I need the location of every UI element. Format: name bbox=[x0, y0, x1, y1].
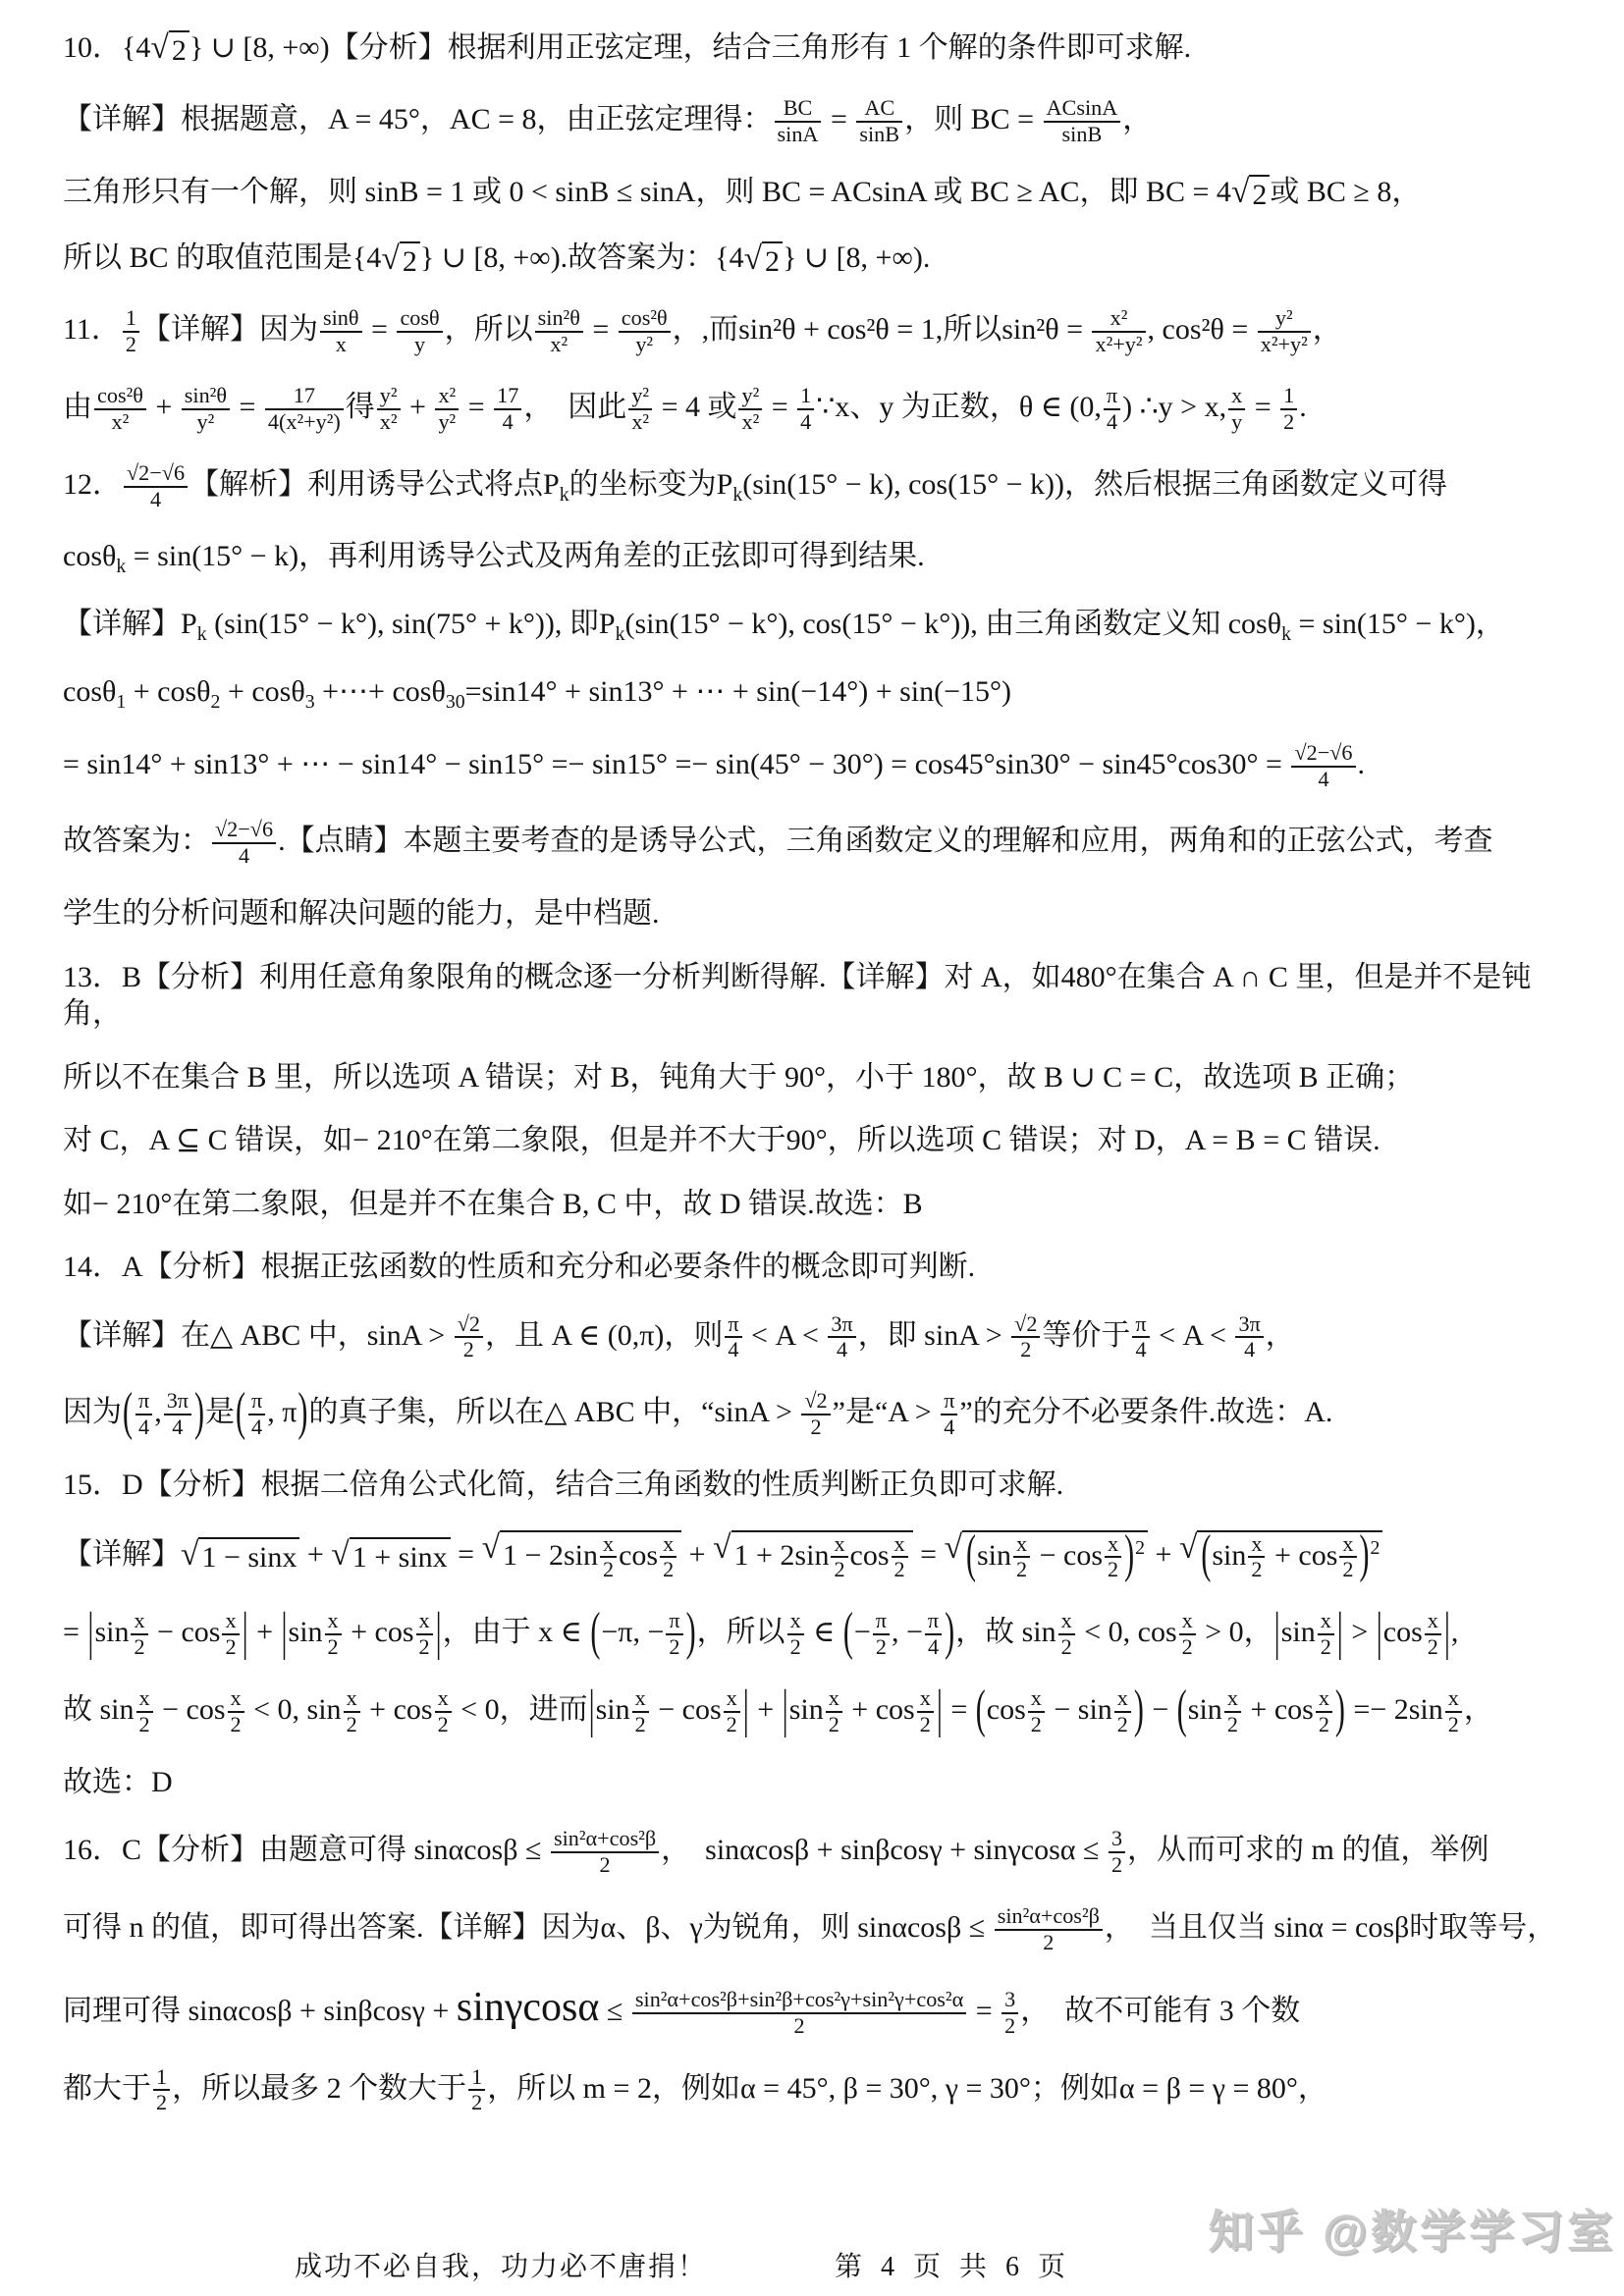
math-token: − sin bbox=[1047, 1693, 1112, 1726]
math-token: − bbox=[1145, 1693, 1176, 1726]
math-token: x2 bbox=[722, 1686, 742, 1737]
math-token: x2 bbox=[1316, 1609, 1336, 1660]
math-token: k bbox=[616, 623, 625, 645]
math-token: √1 + sinx bbox=[331, 1537, 450, 1576]
math-token: x2 bbox=[1056, 1609, 1077, 1660]
math-token: x2 bbox=[1337, 1532, 1358, 1583]
math-token: 2 bbox=[403, 245, 417, 278]
math-token: √2 bbox=[1231, 175, 1270, 214]
solution-line: 所以不在集合 B 里，所以选项 A 错误；对 B，钝角大于 90°，小于 180… bbox=[63, 1059, 1567, 1096]
math-token: √1 + 2sinx2cosx2 bbox=[713, 1530, 913, 1583]
math-token: } ∪ [8, +∞).故答案为：{4 bbox=[420, 241, 744, 274]
math-token: sin bbox=[1188, 1693, 1222, 1726]
math-token: x2 bbox=[1011, 1532, 1032, 1583]
math-token: ) bbox=[1359, 1522, 1371, 1588]
math-token: π4 bbox=[923, 1609, 944, 1660]
math-token: ，所以 m = 2，例如α = 45°, β = 30°, γ = 30°；例如… bbox=[487, 2071, 1327, 2104]
math-token: | bbox=[936, 1677, 944, 1743]
math-token: sin bbox=[789, 1693, 824, 1726]
math-token: ， 故不可能有 3 个数 bbox=[1020, 1995, 1300, 2027]
math-token: ∵x、y 为正数，θ ∈ (0, bbox=[816, 391, 1102, 423]
solution-line: 由cos²θx² + sin²θy² = 174(x²+y²)得y²x² + x… bbox=[63, 384, 1567, 435]
math-token: sin²α+cos²β+sin²β+cos²γ+sin²γ+cos²α2 bbox=[630, 1988, 968, 2039]
math-token: =− 2sin bbox=[1346, 1693, 1443, 1726]
math-token: 或 BC ≥ 8， bbox=[1270, 176, 1421, 208]
math-token: 故选：D bbox=[63, 1766, 173, 1798]
math-token: | bbox=[86, 1599, 94, 1666]
math-token: .【点睛】本题主要考查的是诱导公式，三角函数定义的理解和应用，两角和的正弦公式，… bbox=[278, 825, 1493, 857]
math-token: 1 + sinx bbox=[352, 1541, 448, 1574]
math-token: x2 bbox=[1177, 1609, 1198, 1660]
math-token: 3π4 bbox=[826, 1312, 857, 1363]
math-token: | bbox=[1443, 1599, 1451, 1666]
math-token: sinθx bbox=[318, 306, 364, 357]
math-token: x2 bbox=[129, 1609, 149, 1660]
math-token: | bbox=[588, 1677, 596, 1743]
math-token: ，从而可求的 m 的值，举例 bbox=[1127, 1834, 1489, 1866]
math-token: sin bbox=[1281, 1616, 1316, 1648]
math-token: √(sinx2 − cosx2)2 bbox=[945, 1530, 1148, 1583]
math-token: ) bbox=[1133, 1677, 1145, 1743]
math-token: ) bbox=[685, 1599, 697, 1666]
math-token: (sin(15° − k°), cos(15° − k°)), 由三角函数定义知… bbox=[624, 608, 1281, 640]
math-token: ， bbox=[1464, 1693, 1493, 1726]
math-token: 3π4 bbox=[162, 1389, 193, 1440]
math-token: } ∪ [8, +∞). bbox=[783, 241, 930, 274]
math-token: 2 bbox=[172, 34, 187, 67]
solution-line: 故 sinx2 − cosx2 < 0, sinx2 + cosx2 < 0，进… bbox=[63, 1686, 1567, 1737]
math-token: + bbox=[249, 1616, 281, 1648]
solution-line: 因为(π4,3π4)是(π4, π)的真子集，所以在△ ABC 中，“sinA … bbox=[63, 1389, 1567, 1440]
math-token: − bbox=[854, 1616, 871, 1648]
math-token: = bbox=[1247, 391, 1278, 423]
math-token: + bbox=[403, 391, 434, 423]
math-token: = bbox=[364, 313, 396, 346]
math-token: + bbox=[681, 1537, 713, 1570]
math-token: − cos bbox=[1032, 1538, 1103, 1571]
math-token: 由 bbox=[63, 391, 92, 423]
math-token: ACsinAsinB bbox=[1042, 96, 1123, 147]
math-token: ， sinαcosβ + sinβcosγ + sinγcosα ≤ bbox=[661, 1834, 1107, 1866]
math-token: , cos²θ = bbox=[1148, 313, 1256, 346]
math-token: x2 bbox=[598, 1532, 619, 1583]
solution-line: 【详解】根据题意，A = 45°，AC = 8，由正弦定理得：BCsinA = … bbox=[63, 96, 1567, 147]
math-token: − cos bbox=[155, 1693, 226, 1726]
math-token: x2 bbox=[829, 1532, 849, 1583]
math-token: ，即 sinA > bbox=[858, 1318, 1009, 1351]
solution-line: 14．A【分析】根据正弦函数的性质和充分和必要条件的概念即可判断. bbox=[63, 1249, 1567, 1286]
math-token: 11． bbox=[63, 313, 121, 346]
math-token: sin bbox=[977, 1538, 1011, 1571]
math-token: x2 bbox=[1103, 1532, 1123, 1583]
math-token: = bbox=[764, 391, 795, 423]
math-token: | bbox=[1376, 1599, 1383, 1666]
math-token: cos bbox=[850, 1538, 890, 1571]
math-token: (sin(15° − k), cos(15° − k))，然后根据三角函数定义可… bbox=[742, 467, 1447, 500]
solution-line: 同理可得 sinαcosβ + sinβcosγ + sinγcosα ≤ si… bbox=[63, 1982, 1567, 2039]
math-token: ，所以 bbox=[697, 1616, 785, 1648]
math-token: 10．{4 bbox=[63, 31, 150, 64]
math-token: cos²θx² bbox=[92, 384, 148, 435]
math-token: π4 bbox=[723, 1312, 743, 1363]
math-token: 12 bbox=[121, 306, 141, 357]
math-token: 174 bbox=[492, 384, 523, 435]
math-token: sinγcosα bbox=[457, 1985, 600, 2030]
math-token: π4 bbox=[246, 1389, 267, 1440]
math-token: 1 + 2sin bbox=[734, 1538, 830, 1571]
math-token: cos²θy² bbox=[617, 306, 673, 357]
math-token: . bbox=[1358, 747, 1366, 779]
math-token: 得 bbox=[346, 391, 375, 423]
math-token: 2 bbox=[765, 245, 780, 278]
math-token: ”是“A > bbox=[833, 1396, 940, 1428]
math-token: | bbox=[281, 1599, 289, 1666]
math-token: , bbox=[154, 1396, 162, 1428]
math-token: sin²α+cos²β2 bbox=[549, 1827, 661, 1878]
math-token: k bbox=[560, 483, 569, 505]
math-token: 【详解】因为 bbox=[141, 313, 318, 346]
math-token: − cos bbox=[150, 1616, 221, 1648]
math-token: ) bbox=[1334, 1677, 1346, 1743]
math-token: = bbox=[968, 1995, 1000, 2027]
math-token: | bbox=[435, 1599, 443, 1666]
math-token: 12． bbox=[63, 467, 122, 500]
math-token: √1 − 2sinx2cosx2 bbox=[482, 1530, 682, 1583]
math-token: 14 bbox=[795, 384, 816, 435]
math-token: − cos bbox=[651, 1693, 722, 1726]
math-token: < A < bbox=[1152, 1318, 1234, 1351]
math-token: + cos bbox=[844, 1693, 915, 1726]
math-token: < 0，进而 bbox=[454, 1693, 588, 1726]
math-token: π4 bbox=[134, 1389, 154, 1440]
math-token: 12 bbox=[1278, 384, 1299, 435]
math-token: = bbox=[823, 103, 854, 135]
math-token: √22 bbox=[1009, 1312, 1042, 1363]
solution-line: 所以 BC 的取值范围是{4√2} ∪ [8, +∞).故答案为：{4√2} ∪… bbox=[63, 240, 1567, 280]
math-token: } ∪ [8, +∞)【分析】根据利用正弦定理，结合三角形有 1 个解的条件即可… bbox=[189, 31, 1191, 64]
math-token: √(sinx2 + cosx2)2 bbox=[1179, 1530, 1382, 1583]
math-token: ) bbox=[944, 1599, 955, 1666]
math-token: √22 bbox=[799, 1389, 832, 1440]
math-token: < A < bbox=[744, 1318, 827, 1351]
math-token: x2 bbox=[658, 1532, 678, 1583]
math-token: 【详解】P bbox=[63, 608, 197, 640]
math-token: 14．A【分析】根据正弦函数的性质和充分和必要条件的概念即可判断. bbox=[63, 1251, 975, 1283]
math-token: 1 bbox=[116, 691, 126, 713]
math-token: + bbox=[750, 1693, 782, 1726]
solution-line: 11．12【详解】因为sinθx = cosθy，所以sin²θx² = cos… bbox=[63, 306, 1567, 357]
math-token: = bbox=[585, 313, 617, 346]
math-token: y²x² bbox=[736, 384, 764, 435]
solution-line: cosθ1 + cosθ2 + cosθ3 +⋯+ cosθ30=sin14° … bbox=[63, 673, 1567, 715]
math-token: = bbox=[460, 391, 492, 423]
math-token: > 0， bbox=[1198, 1616, 1273, 1648]
math-token: (sin(15° − k°), sin(75° + k°)), 即P bbox=[207, 608, 616, 640]
math-token: √2 bbox=[381, 241, 419, 281]
math-token: ∈ bbox=[806, 1616, 842, 1648]
watermark: 知乎 @数学学习室 bbox=[1208, 2196, 1616, 2261]
math-token: x2 bbox=[1423, 1609, 1443, 1660]
math-token: √1 − sinx bbox=[181, 1537, 299, 1576]
solution-line: 【详解】√1 − sinx + √1 + sinx = √1 − 2sinx2c… bbox=[63, 1530, 1567, 1583]
math-token: 13．B【分析】利用任意角象限角的概念逐一分析判断得解.【详解】对 A，如480… bbox=[63, 961, 1531, 1031]
math-token: ≤ bbox=[599, 1995, 629, 2027]
math-token: = bbox=[63, 1616, 86, 1648]
math-token: ( bbox=[1176, 1677, 1188, 1743]
math-token: x2 bbox=[1246, 1532, 1267, 1583]
math-token: 是 bbox=[205, 1396, 235, 1428]
math-token: √2−√64 bbox=[122, 461, 189, 512]
math-token: ，,而sin²θ + cos²θ = 1,所以sin²θ = bbox=[673, 313, 1091, 346]
math-token: + cosθ bbox=[220, 675, 304, 708]
math-token: 对 C，A ⊆ C 错误，如− 210°在第二象限，但是并不大于90°，所以选项… bbox=[63, 1124, 1380, 1156]
math-token: x2 bbox=[1222, 1686, 1243, 1737]
math-token: | bbox=[782, 1677, 789, 1743]
math-token: cos bbox=[987, 1693, 1026, 1726]
solution-document: 10．{4√2} ∪ [8, +∞)【分析】根据利用正弦定理，结合三角形有 1 … bbox=[0, 0, 1624, 2115]
math-token: 174(x²+y²) bbox=[263, 384, 346, 435]
math-token: ACsinB bbox=[854, 96, 904, 147]
math-token: 30 bbox=[446, 691, 465, 713]
math-token: 如− 210°在第二象限，但是并不在集合 B, C 中，故 D 错误.故选：B bbox=[63, 1188, 923, 1220]
solution-line: 13．B【分析】利用任意角象限角的概念逐一分析判断得解.【详解】对 A，如480… bbox=[63, 959, 1567, 1033]
math-token: + bbox=[148, 391, 180, 423]
math-token: ， bbox=[1313, 313, 1342, 346]
math-token: ) bbox=[297, 1379, 308, 1446]
math-token: 的坐标变为P bbox=[569, 467, 733, 500]
math-token: x2 bbox=[1112, 1686, 1133, 1737]
math-token: ( bbox=[122, 1379, 134, 1446]
math-token: 12 bbox=[151, 2065, 172, 2116]
math-token: + cos bbox=[1243, 1693, 1314, 1726]
solution-line: 故答案为：√2−√64.【点睛】本题主要考查的是诱导公式，三角函数定义的理解和应… bbox=[63, 818, 1567, 869]
math-token: + cosθ bbox=[126, 675, 210, 708]
math-token: ( bbox=[842, 1599, 854, 1666]
math-token: | bbox=[742, 1677, 750, 1743]
math-token: 【解析】利用诱导公式将点P bbox=[189, 467, 560, 500]
math-token: + bbox=[1148, 1537, 1179, 1570]
math-token: x2 bbox=[135, 1686, 155, 1737]
solution-line: 学生的分析问题和解决问题的能力，是中档题. bbox=[63, 895, 1567, 933]
math-token: 【详解】在△ ABC 中，sinA > bbox=[63, 1318, 453, 1351]
math-token: =sin14° + sin13° + ⋯ + sin(−14°) + sin(−… bbox=[465, 675, 1011, 708]
math-token: = sin14° + sin13° + ⋯ − sin14° − sin15° … bbox=[63, 747, 1289, 779]
solution-line: 三角形只有一个解，则 sinB = 1 或 0 < sinB ≤ sinA，则 … bbox=[63, 174, 1567, 214]
math-token: x2 bbox=[1026, 1686, 1047, 1737]
math-token: BCsinA bbox=[773, 96, 824, 147]
math-token: ，则 BC = bbox=[904, 103, 1041, 135]
math-token: cosθ bbox=[63, 540, 116, 572]
math-token: 可得 n 的值，即可得出答案.【详解】因为α、β、γ为锐角，则 sinαcosβ… bbox=[63, 1911, 993, 1944]
solution-line: 如− 210°在第二象限，但是并不在集合 B, C 中，故 D 错误.故选：B bbox=[63, 1186, 1567, 1223]
math-token: < 0, cos bbox=[1077, 1616, 1177, 1648]
math-token: ( bbox=[235, 1379, 246, 1446]
math-token: ， 因此 bbox=[523, 391, 626, 423]
math-token: , bbox=[1451, 1616, 1459, 1648]
math-token: y²x² bbox=[626, 384, 654, 435]
math-token: cos bbox=[619, 1538, 658, 1571]
solution-line: 16．C【分析】由题意可得 sinαcosβ ≤ sin²α+cos²β2， s… bbox=[63, 1827, 1567, 1878]
math-token: cosθy bbox=[395, 306, 444, 357]
math-token: sin²θx² bbox=[533, 306, 585, 357]
solution-line: 【详解】Pk (sin(15° − k°), sin(75° + k°)), 即… bbox=[63, 606, 1567, 647]
math-token: x2 bbox=[630, 1686, 651, 1737]
math-token: 32 bbox=[1107, 1827, 1127, 1878]
math-token: 故 sin bbox=[63, 1693, 135, 1726]
math-token: . bbox=[1299, 391, 1307, 423]
math-token: | bbox=[1273, 1599, 1281, 1666]
math-token: sin bbox=[94, 1616, 129, 1648]
math-token: ( bbox=[975, 1677, 987, 1743]
math-token: + bbox=[299, 1537, 331, 1570]
math-token: 的真子集，所以在△ ABC 中，“sinA > bbox=[308, 1396, 799, 1428]
math-token: y²x² bbox=[375, 384, 403, 435]
math-token: π4 bbox=[1102, 384, 1122, 435]
footer-motto: 成功不必自我，功力必不唐捐！ bbox=[295, 2245, 707, 2284]
math-token: 12 bbox=[466, 2065, 487, 2116]
math-token: ， bbox=[1266, 1318, 1295, 1351]
math-token: x2 bbox=[414, 1609, 435, 1660]
math-token: √2−√64 bbox=[210, 818, 278, 869]
math-token: 2 bbox=[1135, 1536, 1145, 1558]
math-token: ( bbox=[589, 1599, 601, 1666]
math-token: ，且 A ∈ (0,π)，则 bbox=[485, 1318, 723, 1351]
math-token: π2 bbox=[664, 1609, 684, 1660]
math-token: sin²α+cos²β2 bbox=[993, 1904, 1105, 1955]
solution-line: 可得 n 的值，即可得出答案.【详解】因为α、β、γ为锐角，则 sinαcosβ… bbox=[63, 1904, 1567, 1955]
math-token: + cos bbox=[1267, 1538, 1337, 1571]
math-token: ) ∴y > x, bbox=[1122, 391, 1226, 423]
math-token: x2 bbox=[433, 1686, 454, 1737]
math-token: 学生的分析问题和解决问题的能力，是中档题. bbox=[63, 897, 660, 930]
solution-line: 对 C，A ⊆ C 错误，如− 210°在第二象限，但是并不大于90°，所以选项… bbox=[63, 1122, 1567, 1159]
math-token: +⋯+ cosθ bbox=[315, 675, 446, 708]
math-token: = 4 或 bbox=[654, 391, 736, 423]
math-token: cos bbox=[1383, 1616, 1423, 1648]
footer-page-number: 第 4 页 共 6 页 bbox=[835, 2245, 1071, 2284]
math-token: π2 bbox=[871, 1609, 892, 1660]
math-token: 16．C【分析】由题意可得 sinαcosβ ≤ bbox=[63, 1834, 549, 1866]
math-token: 同理可得 sinαcosβ + sinβcosγ + bbox=[63, 1995, 457, 2027]
math-token: sin bbox=[289, 1616, 323, 1648]
math-token: sin bbox=[596, 1693, 630, 1726]
math-token: ， 当且仅当 sinα = cosβ时取等号， bbox=[1105, 1911, 1556, 1944]
math-token: 【详解】根据题意，A = 45°，AC = 8，由正弦定理得： bbox=[63, 103, 773, 135]
math-token: x2 bbox=[226, 1686, 246, 1737]
math-token: , π bbox=[267, 1396, 297, 1428]
math-token: x2 bbox=[220, 1609, 241, 1660]
math-token: √22 bbox=[453, 1312, 485, 1363]
solution-line: = |sinx2 − cosx2| + |sinx2 + cosx2|，由于 x… bbox=[63, 1609, 1567, 1660]
math-token: 所以不在集合 B 里，所以选项 A 错误；对 B，钝角大于 90°，小于 180… bbox=[63, 1061, 1414, 1094]
math-token: −π, − bbox=[601, 1616, 664, 1648]
math-token: 1 − sinx bbox=[201, 1541, 297, 1574]
math-token: 因为 bbox=[63, 1396, 122, 1428]
math-token: √2 bbox=[744, 241, 783, 281]
math-token: x²x²+y² bbox=[1090, 306, 1147, 357]
solution-line: = sin14° + sin13° + ⋯ − sin14° − sin15° … bbox=[63, 741, 1567, 792]
math-token: ，故 sin bbox=[955, 1616, 1056, 1648]
math-token: 都大于 bbox=[63, 2071, 151, 2104]
math-token: x2 bbox=[890, 1532, 910, 1583]
math-token: x2 bbox=[824, 1686, 844, 1737]
math-token: k bbox=[116, 556, 126, 577]
math-token: x2 bbox=[323, 1609, 344, 1660]
math-token: = sin(15° − k°)， bbox=[1291, 608, 1505, 640]
math-token: 3π4 bbox=[1233, 1312, 1265, 1363]
math-token: < 0, sin bbox=[246, 1693, 342, 1726]
solution-line: 故选：D bbox=[63, 1764, 1567, 1801]
math-token: ，由于 x ∈ bbox=[443, 1616, 590, 1648]
math-token: 三角形只有一个解，则 sinB = 1 或 0 < sinB ≤ sinA，则 … bbox=[63, 176, 1231, 208]
math-token: ”的充分不必要条件.故选：A. bbox=[959, 1396, 1332, 1428]
math-token: 【详解】 bbox=[63, 1537, 181, 1570]
math-token: ，所以 bbox=[445, 313, 533, 346]
math-token: | bbox=[242, 1599, 249, 1666]
math-token: , − bbox=[892, 1616, 923, 1648]
math-token: k bbox=[732, 483, 742, 505]
math-token: > bbox=[1344, 1616, 1376, 1648]
math-token: sin²θy² bbox=[180, 384, 232, 435]
solution-line: 10．{4√2} ∪ [8, +∞)【分析】根据利用正弦定理，结合三角形有 1 … bbox=[63, 29, 1567, 70]
math-token: 所以 BC 的取值范围是{4 bbox=[63, 241, 381, 274]
math-token: x²y² bbox=[433, 384, 460, 435]
math-token: x2 bbox=[915, 1686, 936, 1737]
math-token: 等价于 bbox=[1042, 1318, 1130, 1351]
math-token: x2 bbox=[1314, 1686, 1334, 1737]
math-token: + cos bbox=[344, 1616, 414, 1648]
solution-line: 都大于12，所以最多 2 个数大于12，所以 m = 2，例如α = 45°, … bbox=[63, 2065, 1567, 2116]
math-token: ) bbox=[193, 1379, 205, 1446]
math-token: 32 bbox=[1000, 1988, 1020, 2039]
math-token: | bbox=[1336, 1599, 1344, 1666]
math-token: 1 − 2sin bbox=[503, 1538, 598, 1571]
math-token: k bbox=[1281, 623, 1291, 645]
math-token: ，所以最多 2 个数大于 bbox=[172, 2071, 466, 2104]
solution-line: 15．D【分析】根据二倍角公式化简，结合三角函数的性质判断正负即可求解. bbox=[63, 1467, 1567, 1504]
math-token: k bbox=[197, 623, 207, 645]
math-token: 故答案为： bbox=[63, 825, 210, 857]
math-token: √2−√64 bbox=[1289, 741, 1357, 792]
solution-line: 【详解】在△ ABC 中，sinA > √22，且 A ∈ (0,π)，则π4 … bbox=[63, 1312, 1567, 1363]
math-token: y²x²+y² bbox=[1256, 306, 1313, 357]
math-token: ) bbox=[1123, 1522, 1135, 1588]
math-token: ( bbox=[965, 1522, 977, 1588]
math-token: π4 bbox=[939, 1389, 959, 1440]
solution-line: cosθk = sin(15° − k)，再利用诱导公式及两角差的正弦即可得到结… bbox=[63, 538, 1567, 579]
math-token: + cos bbox=[362, 1693, 433, 1726]
math-token: 3 bbox=[305, 691, 315, 713]
math-token: ， bbox=[1122, 103, 1152, 135]
math-token: π4 bbox=[1130, 1312, 1151, 1363]
math-token: 2 bbox=[211, 691, 221, 713]
math-token: ( bbox=[1200, 1522, 1212, 1588]
solution-line: 12．√2−√64【解析】利用诱导公式将点Pk的坐标变为Pk(sin(15° −… bbox=[63, 461, 1567, 512]
math-token: √2 bbox=[150, 30, 189, 70]
math-token: = bbox=[913, 1537, 945, 1570]
math-token: 2 bbox=[1371, 1536, 1380, 1558]
math-token: 2 bbox=[1252, 179, 1267, 211]
math-token: = bbox=[944, 1693, 975, 1726]
math-token: = bbox=[232, 391, 263, 423]
math-token: sin bbox=[1212, 1538, 1246, 1571]
math-token: = sin(15° − k)，再利用诱导公式及两角差的正弦即可得到结果. bbox=[126, 540, 924, 572]
math-token: x2 bbox=[785, 1609, 806, 1660]
math-token: = bbox=[451, 1537, 482, 1570]
math-token: 15．D【分析】根据二倍角公式化简，结合三角函数的性质判断正负即可求解. bbox=[63, 1468, 1063, 1501]
math-token: x2 bbox=[1443, 1686, 1464, 1737]
math-token: xy bbox=[1226, 384, 1247, 435]
